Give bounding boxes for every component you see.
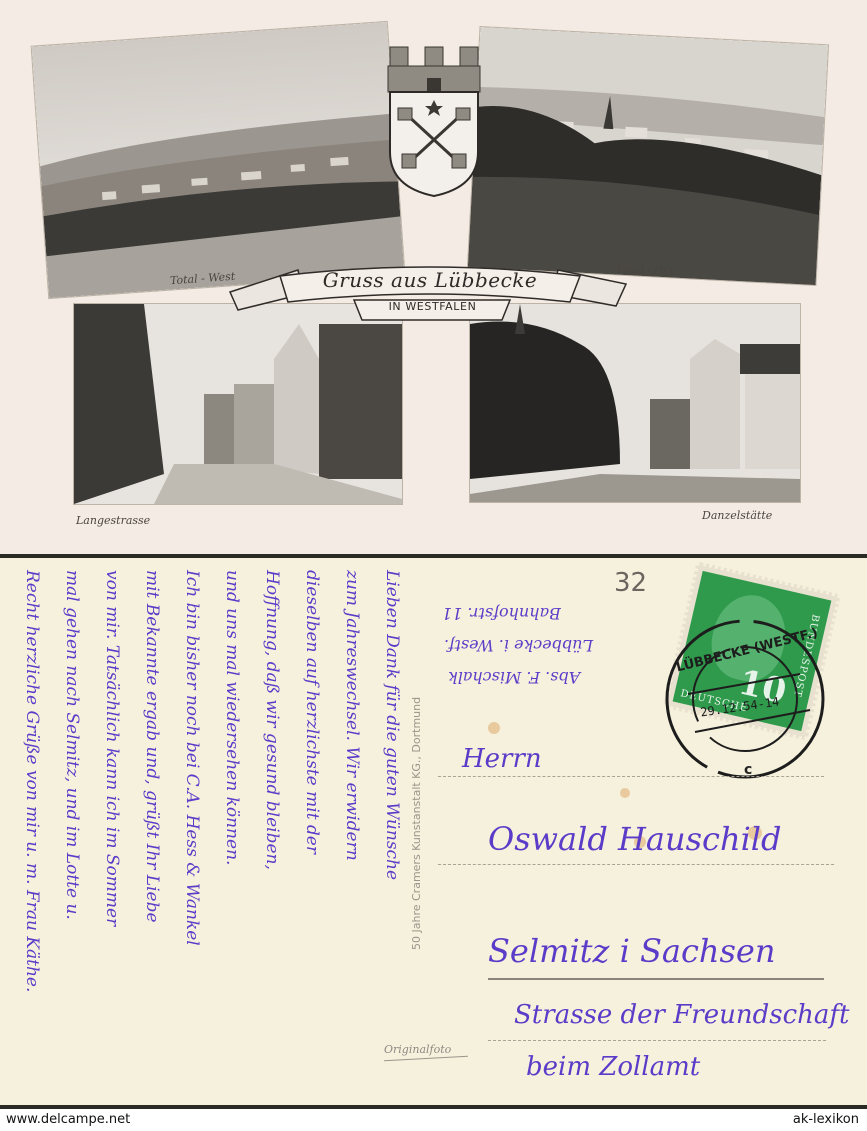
caption-langestrasse: Langestrasse xyxy=(76,514,150,527)
coat-of-arms-icon xyxy=(384,42,484,198)
address-rule xyxy=(438,776,824,777)
handwritten-message: Lieben Dank für die guten Wünsche zum Ja… xyxy=(10,570,410,1100)
sender-line: Lübbecke i. Westf. xyxy=(444,636,593,655)
message-line: Lieben Dank für die guten Wünsche xyxy=(382,570,402,880)
footer-bar: www.delcampe.net ak-lexikon xyxy=(0,1109,867,1131)
caption-danzelstaette: Danzelstätte xyxy=(702,509,772,522)
message-line: und uns mal wiedersehen können. xyxy=(222,570,242,865)
sender-line: Abs. F. Mischalk xyxy=(448,668,580,687)
photo-total-west xyxy=(32,22,405,298)
photo-danzelstaette xyxy=(470,304,800,502)
sender-line: Bahnhofstr. 11 xyxy=(442,604,561,623)
footer-source-link[interactable]: www.delcampe.net xyxy=(6,1112,130,1127)
printer-imprint: 50 Jahre Cramers Kunstanstalt KG., Dortm… xyxy=(410,697,423,950)
postmark-icon: LÜBBECKE (WESTF.) xyxy=(650,604,830,784)
address-name: Oswald Hauschild xyxy=(488,820,782,858)
pencil-number: 32 xyxy=(614,568,647,598)
message-line: dieselben auf herzlichste mit der xyxy=(302,570,322,854)
stain xyxy=(488,722,500,734)
address-underline xyxy=(488,978,824,980)
address-street: Strasse der Freundschaft xyxy=(514,1000,849,1030)
greeting-title: Gruss aus Lübbecke xyxy=(280,268,580,292)
greeting-subtitle: IN WESTFALEN xyxy=(355,300,510,313)
address-rule xyxy=(438,864,834,865)
address-salutation: Herrn xyxy=(462,744,542,774)
stain xyxy=(620,788,630,798)
message-line: von mir. Tatsächlich kann ich im Sommer xyxy=(102,570,122,926)
postcard-front: Gruss aus Lübbecke IN WESTFALEN Total - … xyxy=(0,0,867,555)
address-extra: beim Zollamt xyxy=(526,1052,700,1082)
address-city: Selmitz i Sachsen xyxy=(488,932,775,970)
message-line: Recht herzliche Grüße von mir u. m. Frau… xyxy=(22,570,42,992)
message-line: mal gehen nach Selmitz, und im Lotte u. xyxy=(62,570,82,920)
original-photo-mark: Originalfoto xyxy=(384,1043,451,1056)
photo-total-ost xyxy=(468,27,828,285)
message-line: zum Jahreswechsel. Wir erwidern xyxy=(342,570,362,861)
sender-address: Abs. F. Mischalk Lübbecke i. Westf. Bahn… xyxy=(440,590,610,700)
message-line: Ich bin bisher noch bei C.A. Hess & Wank… xyxy=(182,570,202,946)
svg-text:LÜBBECKE (WESTF.): LÜBBECKE (WESTF.) xyxy=(674,625,819,676)
photo-langestrasse xyxy=(74,304,402,504)
address-rule xyxy=(488,1040,826,1041)
message-line: mit Bekannte ergab und, grüßt Ihr Liebe xyxy=(142,570,162,923)
message-line: Hoffnung, daß wir gesund bleiben, xyxy=(262,570,282,870)
footer-brand: ak-lexikon xyxy=(793,1112,859,1127)
